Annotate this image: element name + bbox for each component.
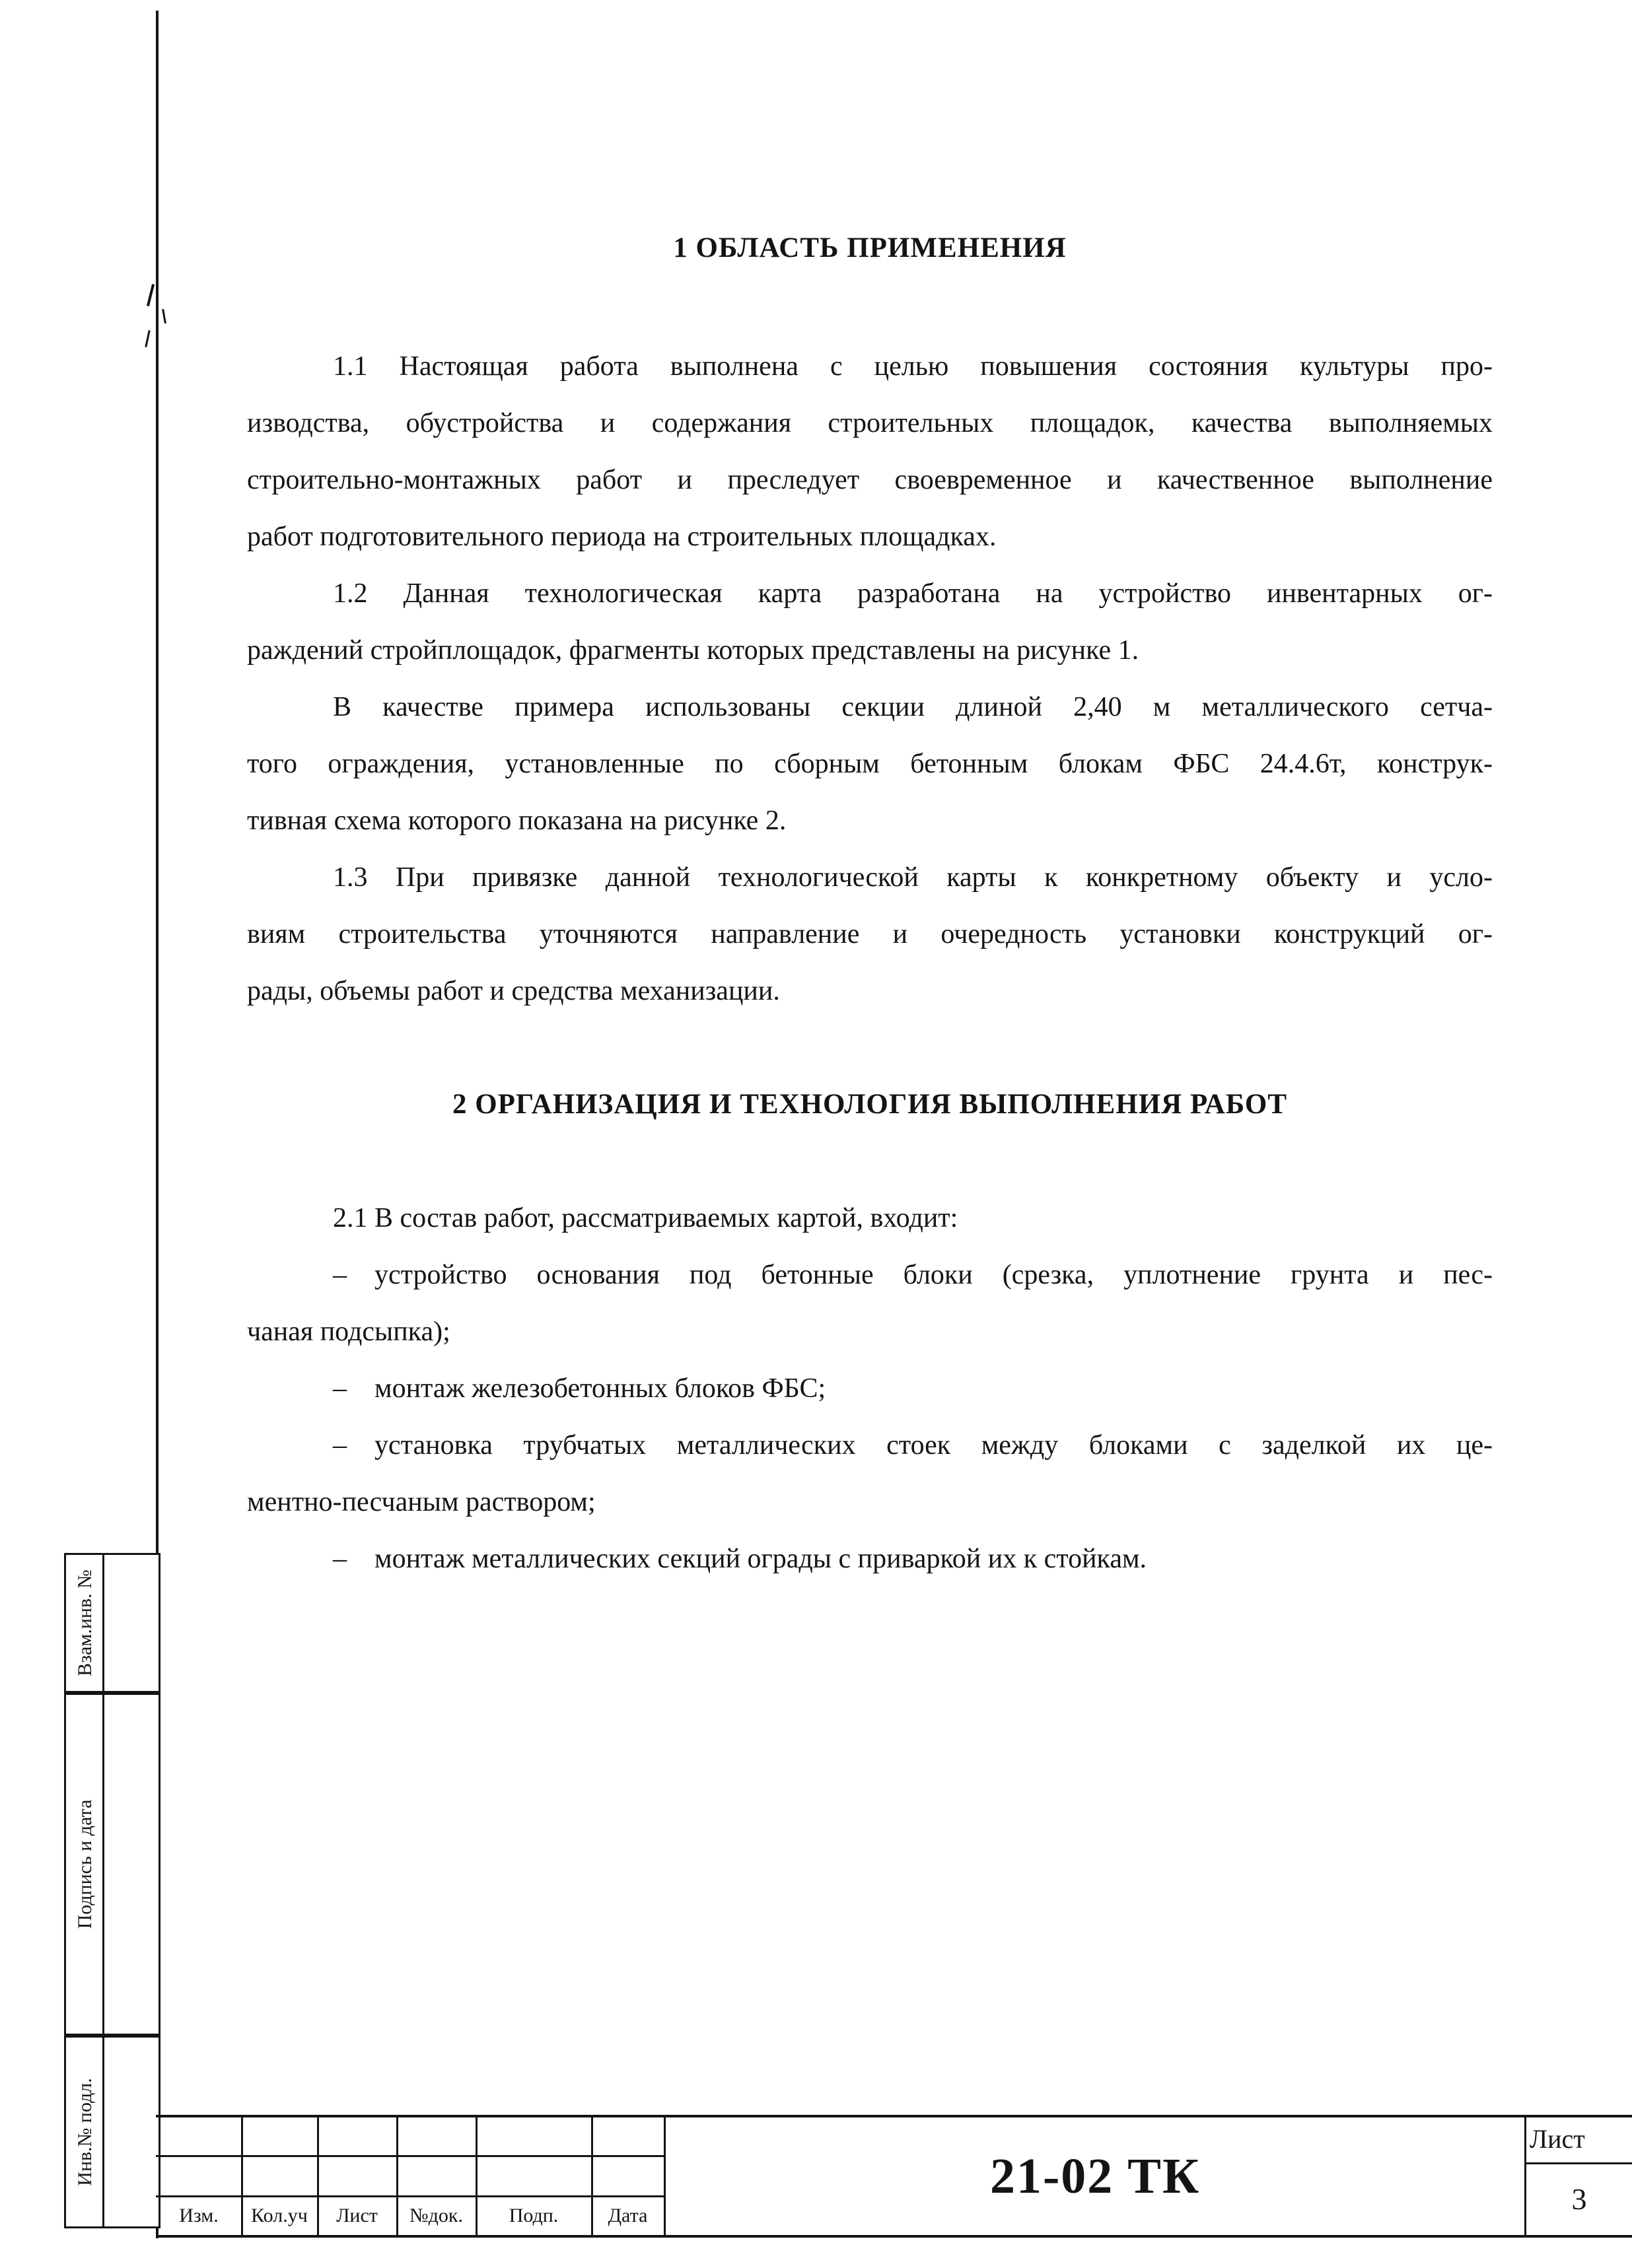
sidebar-box-podpis-data: Подпись и дата xyxy=(64,1693,160,2036)
text-line: – монтаж металлических секций ограды с п… xyxy=(247,1530,1493,1587)
text-line: – установка трубчатых металлических стое… xyxy=(247,1417,1493,1474)
sidebar-label-column: Подпись и дата xyxy=(66,1695,104,2034)
stamp-document-number: 21-02 ТК xyxy=(666,2117,1524,2235)
stamp-col-list: Лист xyxy=(319,2199,395,2233)
text-line: – монтаж железобетонных блоков ФБС; xyxy=(247,1360,1493,1417)
stamp-col-nodok: №док. xyxy=(398,2199,474,2233)
text-line: работ подготовительного периода на строи… xyxy=(247,508,1493,565)
text-line: 1.3 При привязке данной технологической … xyxy=(247,849,1493,906)
text-line: 1.2 Данная технологическая карта разрабо… xyxy=(247,565,1493,622)
scan-artifact xyxy=(147,284,155,306)
sidebar-box-inv-podl: Инв.№ подл. xyxy=(64,2036,160,2228)
stamp-row-line xyxy=(156,2195,666,2197)
scan-artifact xyxy=(162,309,166,324)
text-line: рады, объемы работ и средства механизаци… xyxy=(247,963,1493,1019)
text-line: тивная схема которого показана на рисунк… xyxy=(247,792,1493,849)
stamp-bottom-border xyxy=(156,2235,1632,2238)
sidebar-label-vzam-inv: Взам.инв. № xyxy=(66,1555,104,1691)
sidebar-label-inv-podl: Инв.№ подл. xyxy=(66,2038,104,2226)
text-line: 2.1 В состав работ, рассматриваемых карт… xyxy=(247,1190,1493,1247)
stamp-col-koluch: Кол.уч xyxy=(243,2199,316,2233)
sidebar-label-column: Инв.№ подл. xyxy=(66,2038,104,2226)
text-line: – устройство основания под бетонные блок… xyxy=(247,1247,1493,1303)
stamp-row-line xyxy=(156,2155,666,2157)
sidebar-label-podpis-data: Подпись и дата xyxy=(66,1695,104,2034)
text-column: 1 ОБЛАСТЬ ПРИМЕНЕНИЯ1.1 Настоящая работа… xyxy=(247,220,1493,1587)
scan-artifact xyxy=(145,330,150,347)
text-line: виям строительства уточняются направлени… xyxy=(247,906,1493,963)
text-line: чаная подсыпка); xyxy=(247,1303,1493,1360)
stamp-sheet-number: 3 xyxy=(1526,2164,1632,2234)
text-line: изводства, обустройства и содержания стр… xyxy=(247,395,1493,452)
stamp-sheet-label: Лист xyxy=(1528,2117,1632,2161)
sidebar-box-vzam-inv: Взам.инв. № xyxy=(64,1553,160,1693)
text-line: В качестве примера использованы секции д… xyxy=(247,679,1493,736)
stamp-col-izm: Изм. xyxy=(158,2199,240,2233)
text-line: 1.1 Настоящая работа выполнена с целью п… xyxy=(247,338,1493,395)
text-line: ментно-песчаным раствором; xyxy=(247,1474,1493,1530)
section-heading: 1 ОБЛАСТЬ ПРИМЕНЕНИЯ xyxy=(247,220,1493,277)
scanned-document-page: 1 ОБЛАСТЬ ПРИМЕНЕНИЯ1.1 Настоящая работа… xyxy=(0,0,1632,2268)
text-line: раждений стройплощадок, фрагменты которы… xyxy=(247,622,1493,679)
stamp-col-data: Дата xyxy=(593,2199,662,2233)
sidebar-label-column: Взам.инв. № xyxy=(66,1555,104,1691)
stamp-col-podp: Подп. xyxy=(478,2199,590,2233)
text-line: того ограждения, установленные по сборны… xyxy=(247,736,1493,792)
text-line: строительно-монтажных работ и преследует… xyxy=(247,452,1493,508)
section-heading: 2 ОРГАНИЗАЦИЯ И ТЕХНОЛОГИЯ ВЫПОЛНЕНИЯ РА… xyxy=(247,1076,1493,1133)
